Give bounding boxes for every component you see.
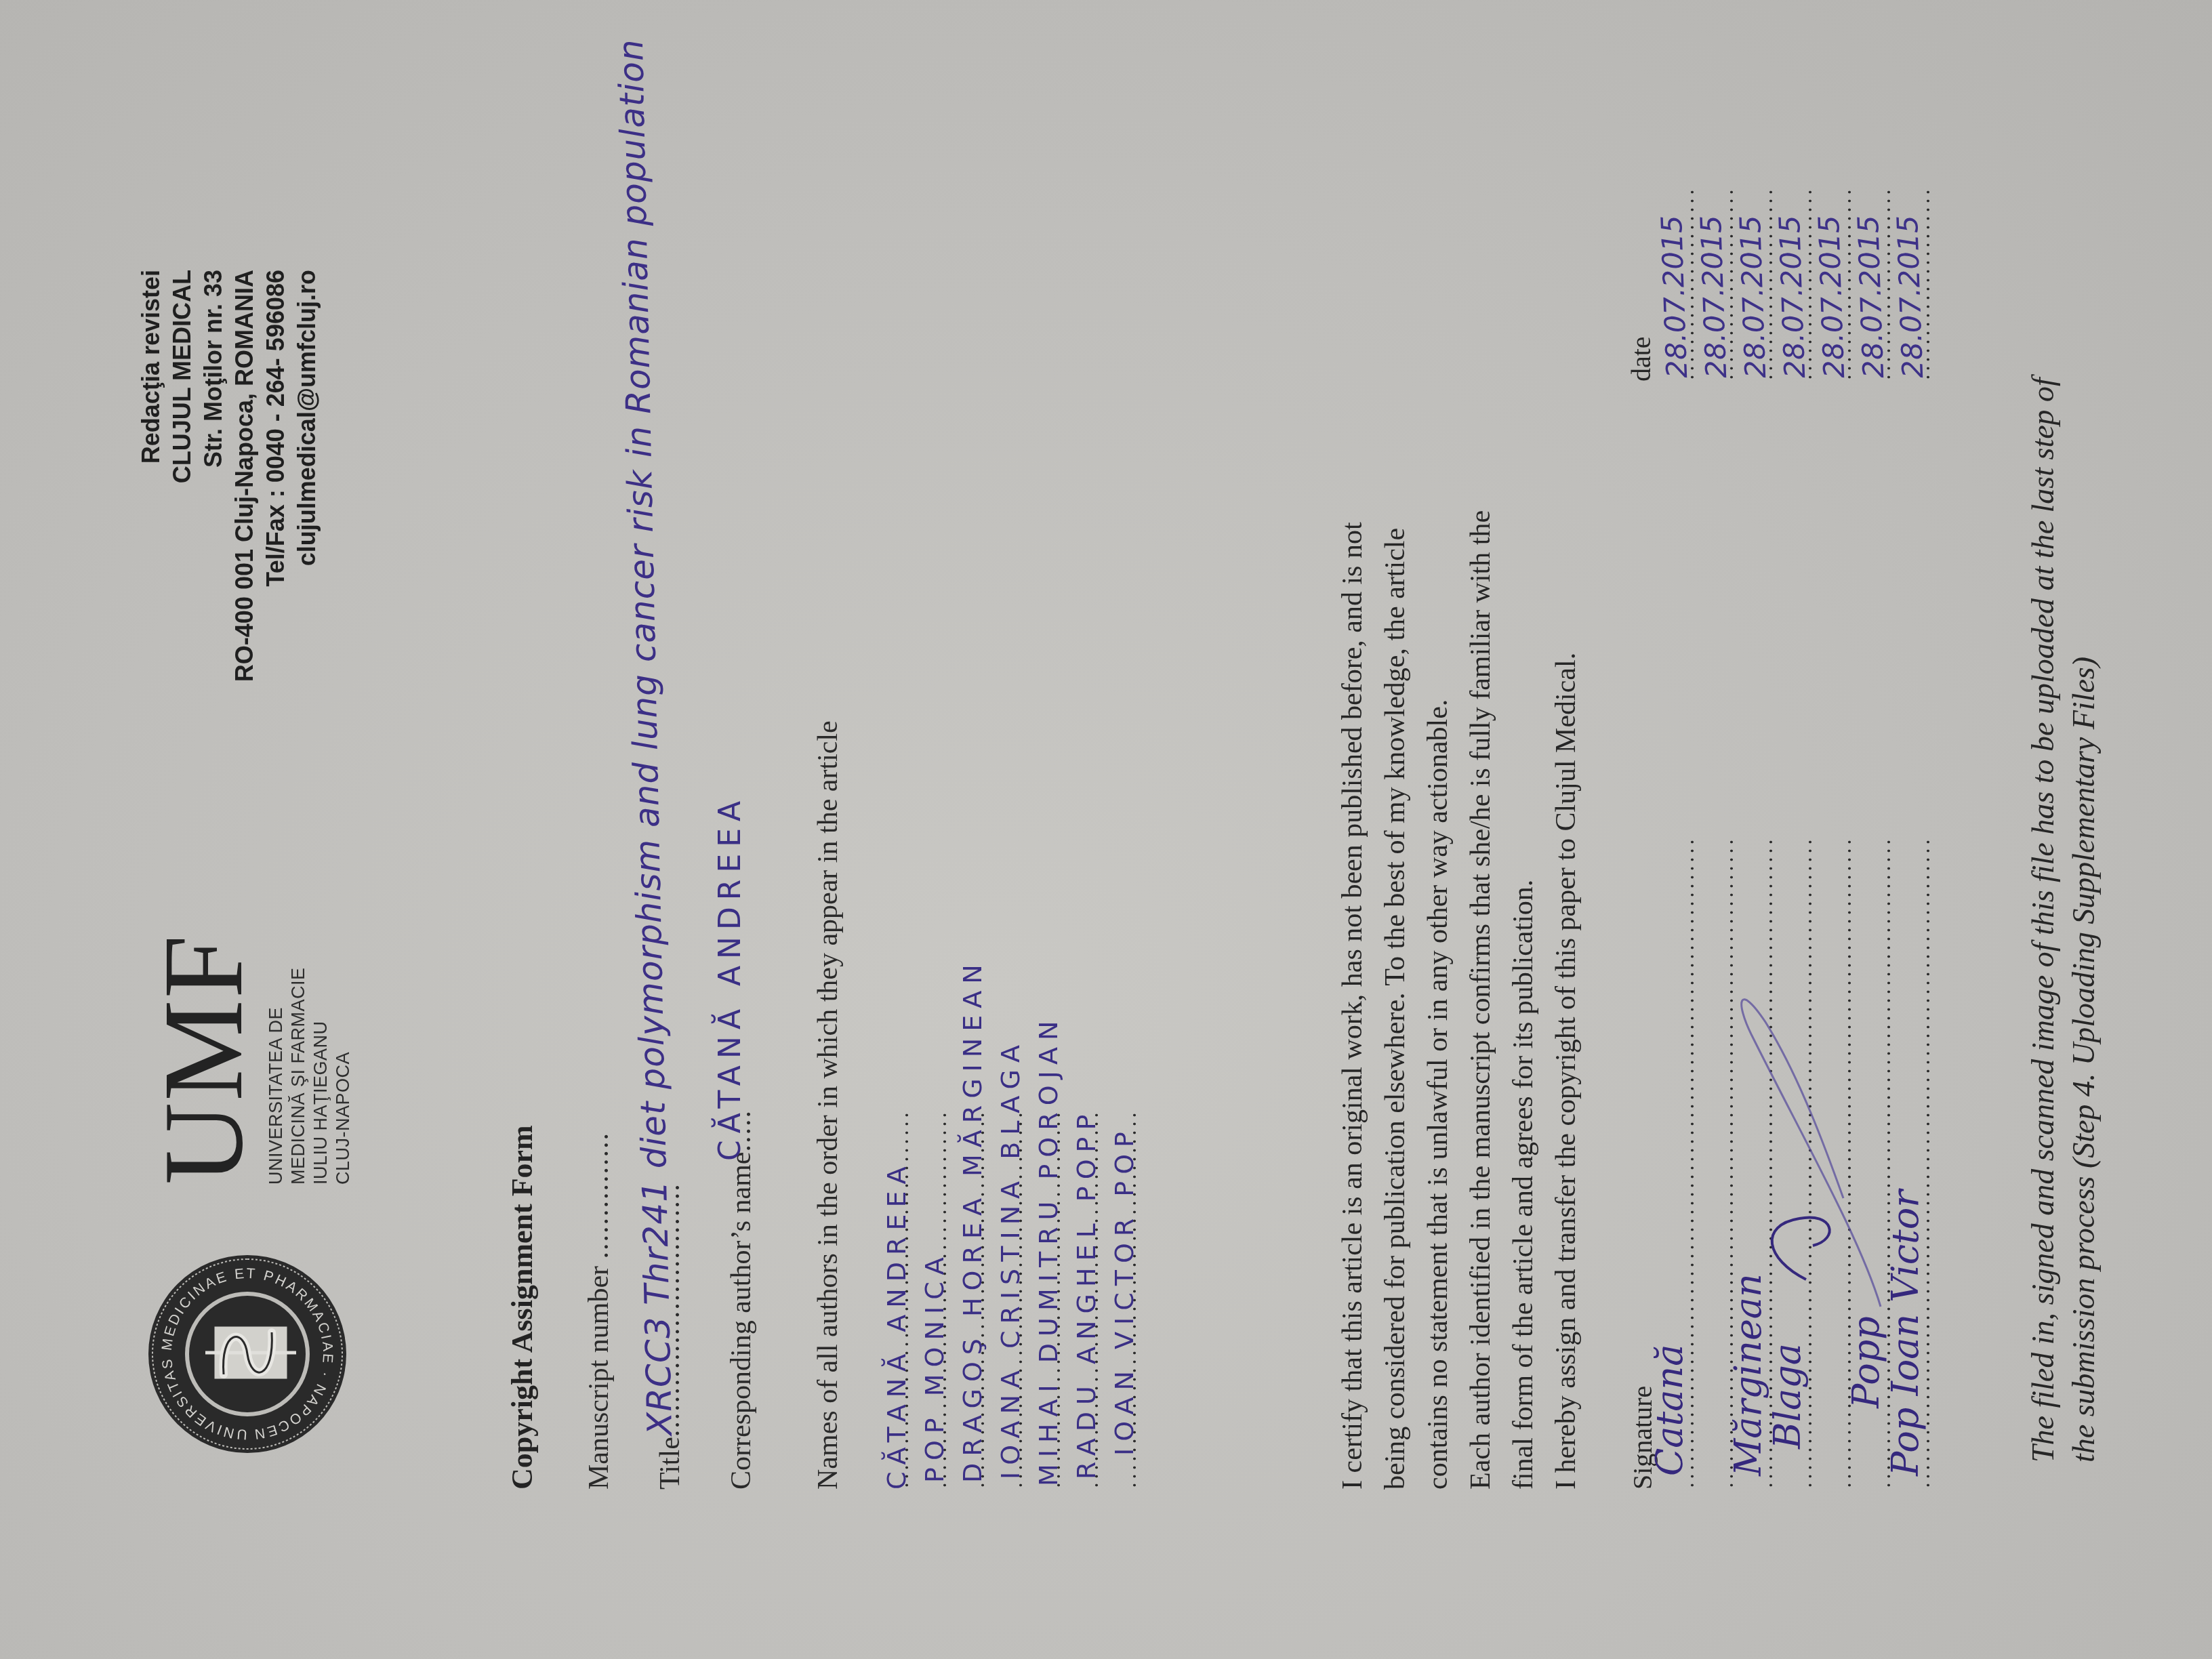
handwritten-signature: Blaga bbox=[1766, 1343, 1809, 1449]
umf-logo-line: IULIU HAŢIEGANU bbox=[310, 934, 332, 1185]
certification-line: contains no statement that is unlawful o… bbox=[1417, 168, 1460, 1490]
form-title: Copyright Assignment Form bbox=[505, 1125, 539, 1490]
authors-label: Names of all authors in the order in whi… bbox=[812, 720, 844, 1490]
author-name: IOAN VICTOR POP bbox=[1109, 1125, 1139, 1456]
date-column-label: date bbox=[1625, 336, 1657, 382]
author-row: IOANA CRISTINA BLAGA bbox=[998, 812, 1036, 1490]
corresponding-author-field: Corresponding author’s name..... bbox=[725, 1109, 758, 1490]
author-name: RADU ANGHEL POPP bbox=[1071, 1108, 1101, 1479]
university-seal-icon: UNIVERSITAS MEDICINAE ET PHARMACIAE · NA… bbox=[146, 1252, 349, 1456]
author-row: CĂTANĂ ANDREEA bbox=[884, 812, 922, 1490]
signature-date: 28.07.2015 bbox=[1773, 215, 1811, 379]
signature-date: 28.07.2015 bbox=[1694, 215, 1733, 379]
manuscript-number-field: Manuscript number ............... bbox=[583, 1132, 615, 1490]
upload-instruction-note: The filed in, signed and scanned image o… bbox=[2023, 377, 2104, 1462]
umf-logo-line: MEDICINĂ ŞI FARMACIE bbox=[287, 934, 310, 1185]
certification-line: final form of the article and agrees for… bbox=[1502, 168, 1545, 1490]
certification-statement: I certify that this article is an origin… bbox=[1332, 168, 1588, 1490]
signature-date: 28.07.2015 bbox=[1891, 215, 1929, 379]
author-name: CĂTANĂ ANDREEA bbox=[882, 1160, 912, 1490]
author-name: MIHAI DUMITRU POROJAN bbox=[1033, 1014, 1063, 1486]
certification-line: I certify that this article is an origin… bbox=[1332, 168, 1374, 1490]
umf-logo-letters: UMF bbox=[152, 934, 254, 1185]
address-line: Str. Moţilor nr. 33 bbox=[198, 270, 229, 758]
certification-line: being considered for publication elsewhe… bbox=[1374, 168, 1417, 1490]
certification-line: I hereby assign and transfer the copyrig… bbox=[1545, 168, 1588, 1490]
signature-flourish bbox=[1725, 968, 1901, 1320]
article-title-value: XRCC3 Thr241 diet polymorphism and lung … bbox=[611, 39, 680, 1436]
handwritten-signature: Popp bbox=[1845, 1316, 1887, 1408]
address-line: Redacţia revistei bbox=[136, 270, 167, 758]
address-line: RO-400 001 Cluj-Napoca, ROMANIA bbox=[229, 270, 260, 758]
fill-in-dots: ............... bbox=[583, 1132, 615, 1259]
author-row: IOAN VICTOR POP bbox=[1112, 812, 1150, 1490]
journal-address: Redacţia revistei CLUJUL MEDICAL Str. Mo… bbox=[136, 270, 323, 758]
paper-document: UNIVERSITAS MEDICINAE ET PHARMACIAE · NA… bbox=[0, 0, 2212, 1659]
signature-date: 28.07.2015 bbox=[1851, 215, 1890, 379]
author-row: RADU ANGHEL POPP bbox=[1074, 812, 1112, 1490]
signature-date: 28.07.2015 bbox=[1655, 215, 1694, 379]
umf-logo-line: CLUJ-NAPOCA bbox=[332, 934, 354, 1185]
corresponding-author-label: Corresponding author’s name bbox=[726, 1152, 757, 1490]
signature-row: Pop Ioan Victor 28.07.2015 bbox=[1903, 134, 1942, 1490]
author-name: DRAGOŞ HOREA MĂRGINEAN bbox=[958, 958, 987, 1483]
manuscript-number-label: Manuscript number bbox=[583, 1266, 615, 1490]
signature-date: 28.07.2015 bbox=[1734, 215, 1772, 379]
article-title-label: Title bbox=[655, 1437, 686, 1490]
corresponding-author-value: CĂTANĂ ANDREEA bbox=[713, 794, 747, 1161]
author-name: IOANA CRISTINA BLAGA bbox=[996, 1038, 1025, 1479]
author-name: POP MONICA bbox=[920, 1250, 949, 1483]
author-row: MIHAI DUMITRU POROJAN bbox=[1036, 812, 1074, 1490]
note-line: The filed in, signed and scanned image o… bbox=[2023, 377, 2064, 1462]
signature-date: 28.07.2015 bbox=[1812, 215, 1851, 379]
phone-fax: Tel/Fax : 0040 - 264- 596086 bbox=[260, 270, 291, 758]
umf-logo: UMF UNIVERSITATEA DE MEDICINĂ ŞI FARMACI… bbox=[152, 934, 354, 1185]
author-row: DRAGOŞ HOREA MĂRGINEAN bbox=[960, 812, 998, 1490]
authors-list: CĂTANĂ ANDREEA POP MONICA DRAGOŞ HOREA M… bbox=[884, 812, 1150, 1490]
author-row: POP MONICA bbox=[922, 812, 960, 1490]
journal-name: CLUJUL MEDICAL bbox=[167, 270, 198, 758]
certification-line: Each author identified in the manuscript… bbox=[1460, 168, 1502, 1490]
umf-logo-line: UNIVERSITATEA DE bbox=[265, 934, 287, 1185]
umf-logo-subtitle: UNIVERSITATEA DE MEDICINĂ ŞI FARMACIE IU… bbox=[265, 934, 354, 1185]
email: clujulmedical@umfcluj.ro bbox=[291, 270, 323, 758]
note-line: the submission process (Step 4. Uploadin… bbox=[2064, 377, 2104, 1462]
handwritten-signature: Catană bbox=[1648, 1345, 1691, 1476]
